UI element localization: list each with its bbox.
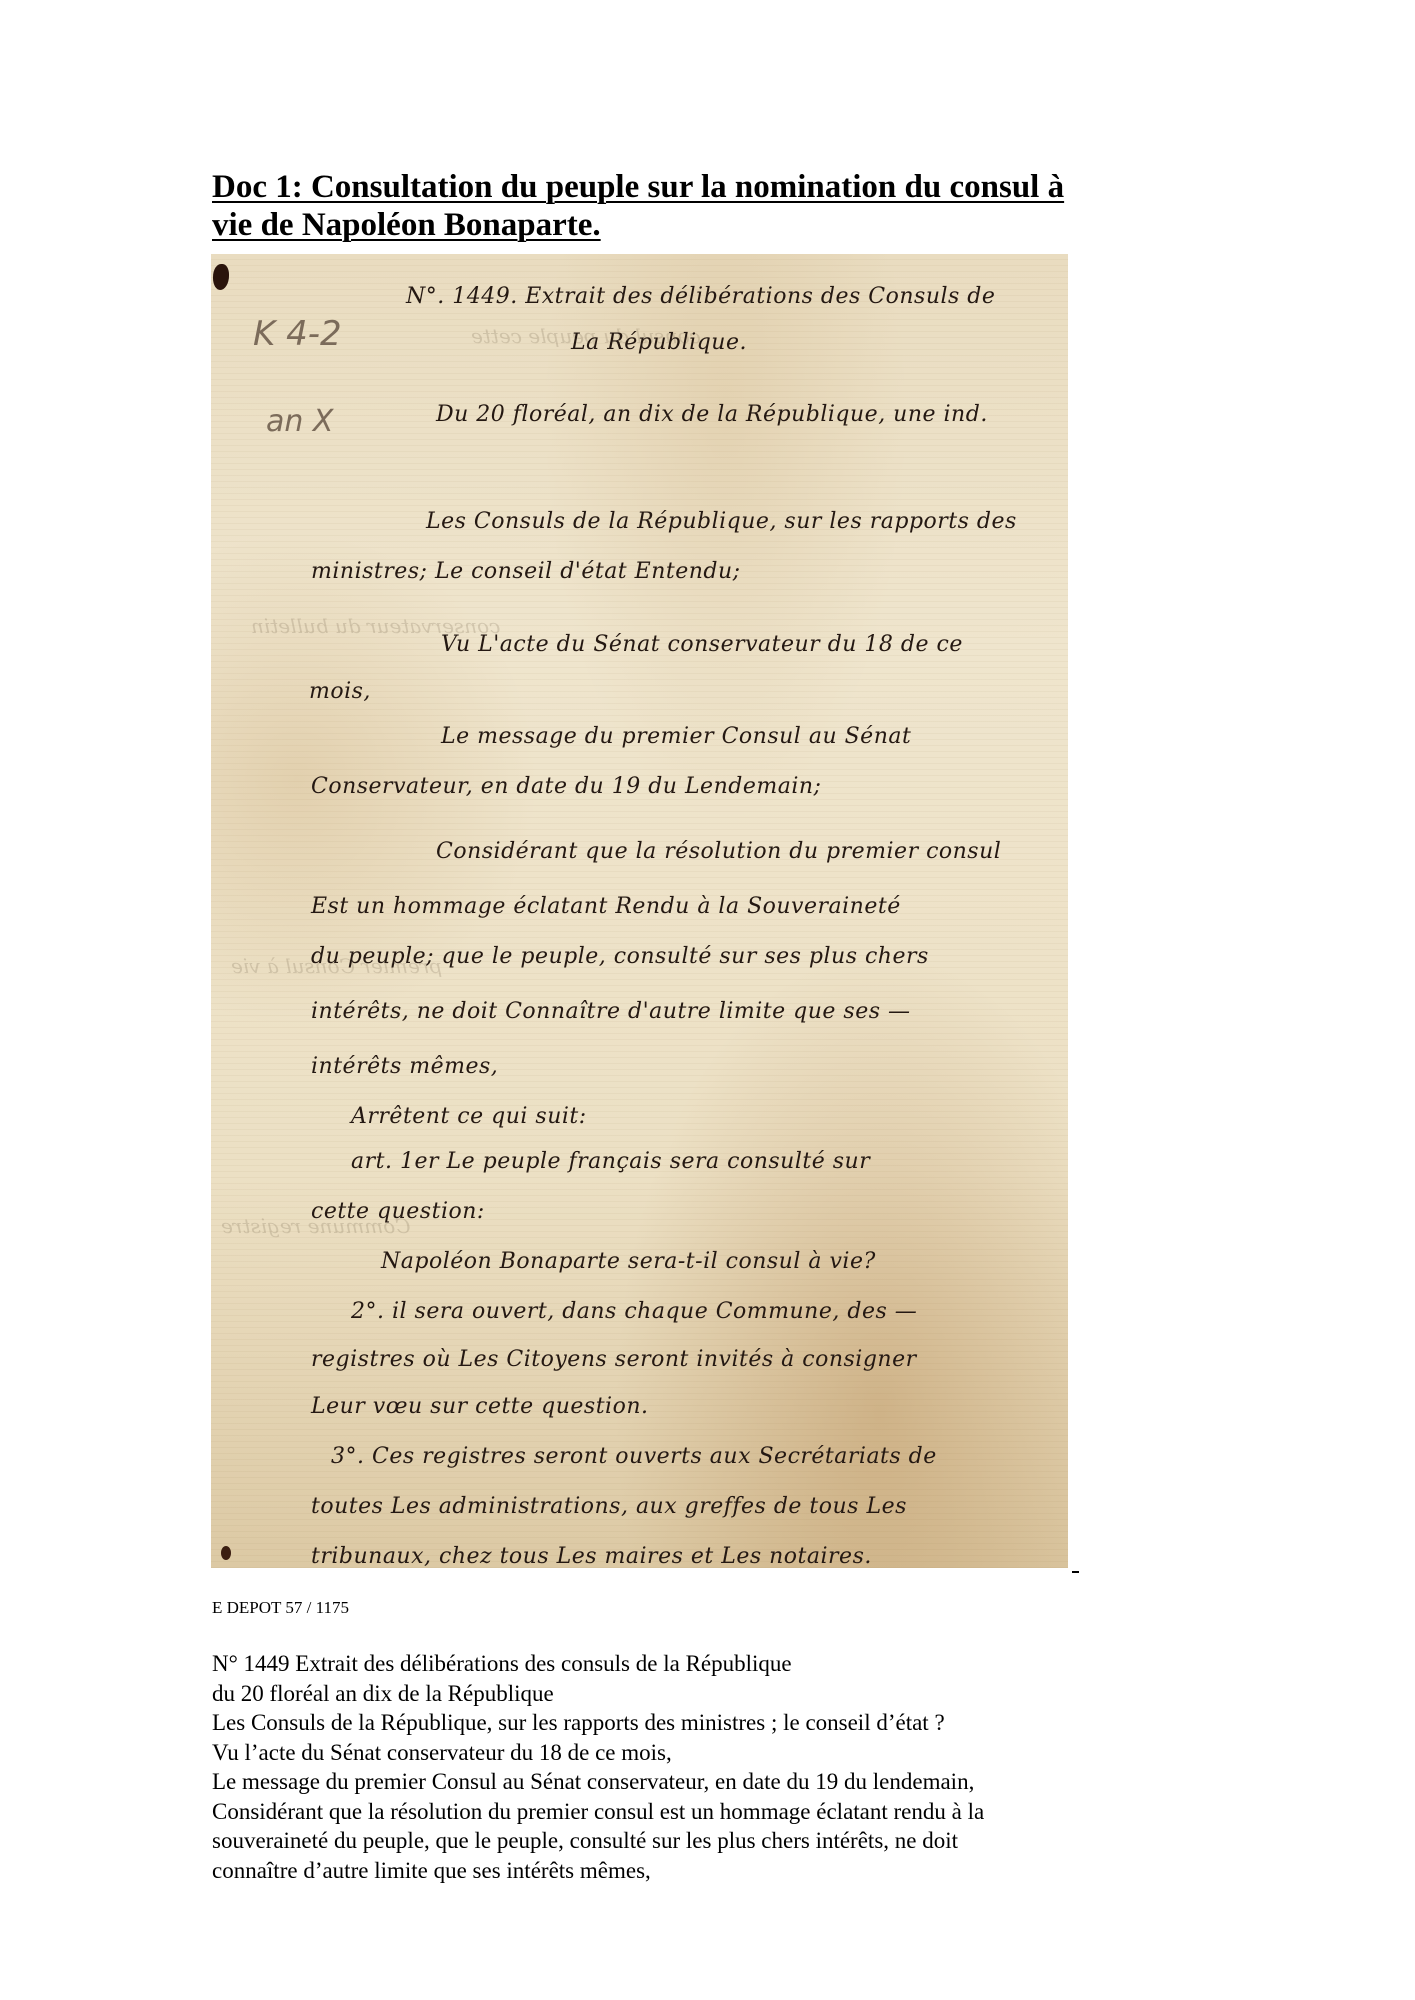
- handwritten-line: Vu L'acte du Sénat conservateur du 18 de…: [441, 632, 963, 657]
- handwritten-line: mois,: [309, 679, 371, 704]
- handwritten-line: 2°. il sera ouvert, dans chaque Commune,…: [351, 1299, 917, 1324]
- handwritten-line: Les Consuls de la République, sur les ra…: [426, 509, 1017, 534]
- handwritten-line: du peuple; que le peuple, consulté sur s…: [311, 944, 929, 969]
- archive-reference: E DEPOT 57 / 1175: [212, 1598, 349, 1618]
- transcription-line: Considérant que la résolution du premier…: [212, 1797, 1212, 1827]
- handwritten-line: toutes Les administrations, aux greffes …: [311, 1494, 907, 1519]
- document-title: Doc 1: Consultation du peuple sur la nom…: [212, 168, 1212, 244]
- handwritten-line: Napoléon Bonaparte sera-t-il consul à vi…: [381, 1249, 876, 1274]
- ink-blot: [213, 264, 229, 290]
- margin-note-k42: K 4-2: [253, 314, 342, 354]
- handwritten-line: Considérant que la résolution du premier…: [436, 839, 1001, 864]
- transcription-text: N° 1449 Extrait des délibérations des co…: [212, 1649, 1212, 1885]
- handwritten-line: Arrêtent ce qui suit:: [351, 1104, 587, 1129]
- stray-mark: [1072, 1571, 1079, 1573]
- handwritten-line: 3°. Ces registres seront ouverts aux Sec…: [331, 1444, 937, 1469]
- handwritten-line: registres où Les Citoyens seront invités…: [311, 1347, 917, 1372]
- transcription-line: du 20 floréal an dix de la République: [212, 1679, 1212, 1709]
- transcription-line: N° 1449 Extrait des délibérations des co…: [212, 1649, 1212, 1679]
- ink-blot: [221, 1546, 231, 1560]
- transcription-line: Vu l’acte du Sénat conservateur du 18 de…: [212, 1738, 1212, 1768]
- handwritten-line: ministres; Le conseil d'état Entendu;: [311, 559, 741, 584]
- handwritten-line: Le message du premier Consul au Sénat: [441, 724, 911, 749]
- handwritten-line: intérêts, ne doit Connaître d'autre limi…: [311, 999, 911, 1024]
- title-line-2: vie de Napoléon Bonaparte.: [212, 206, 1212, 244]
- handwritten-line: tribunaux, chez tous Les maires et Les n…: [311, 1544, 872, 1568]
- handwritten-line: Leur vœu sur cette question.: [311, 1394, 649, 1419]
- handwritten-line: art. 1er Le peuple français sera consult…: [351, 1149, 870, 1174]
- handwritten-line: intérêts mêmes,: [311, 1054, 498, 1079]
- handwritten-line: Du 20 floréal, an dix de la République, …: [436, 402, 988, 427]
- transcription-line: Les Consuls de la République, sur les ra…: [212, 1708, 1212, 1738]
- transcription-line: connaître d’autre limite que ses intérêt…: [212, 1856, 1212, 1886]
- handwritten-line: La République.: [571, 330, 747, 355]
- transcription-line: Le message du premier Consul au Sénat co…: [212, 1767, 1212, 1797]
- handwritten-line: Conservateur, en date du 19 du Lendemain…: [311, 774, 821, 799]
- handwritten-line: Est un hommage éclatant Rendu à la Souve…: [311, 894, 901, 919]
- handwritten-line: cette question:: [311, 1199, 485, 1224]
- title-line-1: Doc 1: Consultation du peuple sur la nom…: [212, 168, 1212, 206]
- margin-note-an-x: an X: [266, 404, 334, 439]
- transcription-line: souveraineté du peuple, que le peuple, c…: [212, 1826, 1212, 1856]
- manuscript-scan-image: consul du peuple cette conservateur du b…: [211, 254, 1068, 1568]
- handwritten-line: N°. 1449. Extrait des délibérations des …: [406, 284, 995, 309]
